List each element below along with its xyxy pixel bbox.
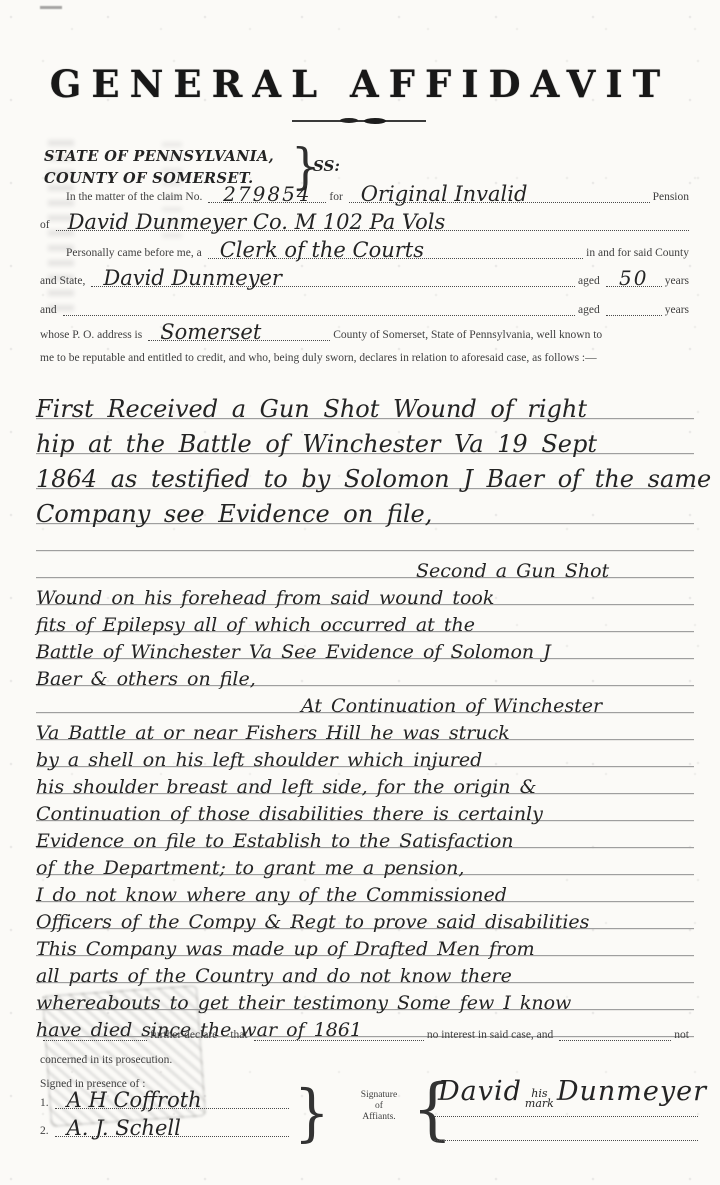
concerned-blank-field	[559, 1028, 671, 1041]
scanned-affidavit-page: GENERAL AFFIDAVIT STATE OF PENNSYLVANIA,…	[0, 0, 720, 1185]
personally-suffix-label: in and for said County	[586, 247, 692, 261]
affidavit-ruled-line: Wound on his forehead from said wound to…	[36, 578, 694, 605]
affiant2-row: and aged years	[40, 303, 692, 318]
affidavit-ruled-line: Evidence on file to Establish to the Sat…	[36, 821, 694, 848]
affidavit-ruled-line: At Continuation of Winchester	[36, 686, 694, 713]
signature-last-name: Dunmeyer	[557, 1076, 707, 1107]
affidavit-ruled-line: Battle of Winchester Va See Evidence of …	[36, 632, 694, 659]
personally-prefix-label: Personally came before me, a	[40, 247, 205, 261]
witness2-number: 2.	[40, 1125, 52, 1139]
affidavit-ruled-line: by a shell on his left shoulder which in…	[36, 740, 694, 767]
affiant1-name-value: David Dunmeyer	[103, 266, 282, 290]
affidavit-ruled-line: hip at the Battle of Winchester Va 19 Se…	[36, 419, 694, 454]
age-value: 50	[619, 266, 648, 290]
signature-line-1	[434, 1116, 698, 1117]
divider-ornament	[364, 118, 386, 124]
mark-label: mark	[525, 1099, 554, 1109]
divider-ornament	[340, 118, 358, 123]
claim-row: In the matter of the claim No. 279854 fo…	[40, 190, 692, 205]
declare-row: further declare that no interest in said…	[40, 1028, 692, 1043]
signature-label-line3: Affiants.	[352, 1112, 406, 1123]
po-suffix-label: County of Somerset, State of Pennsylvani…	[333, 329, 605, 343]
affidavit-ruled-line: whereabouts to get their testimony Some …	[36, 983, 694, 1010]
no-interest-label: no interest in said case, and	[427, 1029, 556, 1043]
and-state-label: and State,	[40, 275, 88, 289]
affidavit-ruled-line: Va Battle at or near Fishers Hill he was…	[36, 713, 694, 740]
witness1-number: 1.	[40, 1097, 52, 1111]
for-label: for	[329, 191, 345, 205]
signature-line-2	[434, 1140, 698, 1141]
witness1-row: 1. A H Coffroth	[40, 1096, 292, 1111]
claimant-row: of David Dunmeyer Co. M 102 Pa Vols	[40, 218, 692, 233]
signature-of-affiants-label: Signature of Affiants.	[352, 1090, 406, 1123]
affidavit-ruled-line: his shoulder breast and left side, for t…	[36, 767, 694, 794]
witness1-field: A H Coffroth	[55, 1096, 289, 1109]
divider-line	[292, 120, 426, 122]
further-declare-label: further declare	[150, 1029, 220, 1043]
declarant-blank-field	[43, 1028, 147, 1041]
pension-label: Pension	[653, 191, 692, 205]
claim-prefix-label: In the matter of the claim No.	[40, 191, 205, 205]
witness1-signature: A H Coffroth	[67, 1088, 202, 1112]
and-label: and	[40, 304, 60, 318]
affidavit-ruled-line: This Company was made up of Drafted Men …	[36, 929, 694, 956]
document-title: GENERAL AFFIDAVIT	[0, 62, 720, 106]
affidavit-ruled-line: I do not know where any of the Commissio…	[36, 875, 694, 902]
of-label: of	[40, 219, 53, 233]
ink-smudge	[40, 6, 62, 9]
affidavit-ruled-line: all parts of the Country and do not know…	[36, 956, 694, 983]
claim-type-value: Original Invalid	[361, 182, 528, 206]
affidavit-ruled-line: 1864 as testified to by Solomon J Baer o…	[36, 454, 694, 489]
witness2-row: 2. A. J. Schell	[40, 1124, 292, 1139]
po-prefix-label: whose P. O. address is	[40, 329, 145, 343]
po-address-value: Somerset	[160, 320, 261, 344]
affidavit-ruled-line: First Received a Gun Shot Wound of right	[36, 384, 694, 419]
years-label: years	[665, 275, 692, 289]
affiant1-row: and State, David Dunmeyer aged 50 years	[40, 274, 692, 289]
reputable-line: me to be reputable and entitled to credi…	[40, 352, 597, 364]
age2-field	[606, 303, 662, 316]
po-address-field: Somerset	[148, 328, 330, 341]
ss-label: SS:	[313, 157, 340, 175]
claimant-value: David Dunmeyer Co. M 102 Pa Vols	[68, 210, 446, 234]
signature-label-line2: of	[352, 1101, 406, 1112]
prosecution-line: concerned in its prosecution.	[40, 1054, 172, 1066]
signature-label-line1: Signature	[352, 1090, 406, 1101]
affidavit-ruled-line: of the Department; to grant me a pension…	[36, 848, 694, 875]
claimant-field: David Dunmeyer Co. M 102 Pa Vols	[56, 218, 689, 231]
affidavit-ruled-line: fits of Epilepsy all of which occurred a…	[36, 605, 694, 632]
officer-row: Personally came before me, a Clerk of th…	[40, 246, 692, 261]
affiant1-name-field: David Dunmeyer	[91, 274, 575, 287]
claim-number-field: 279854	[208, 190, 326, 203]
affidavit-ruled-line	[36, 524, 694, 551]
claim-number-value: 279854	[223, 182, 311, 206]
that-label: that	[230, 1029, 250, 1043]
claim-type-field: Original Invalid	[349, 190, 650, 203]
affiant-signature: David his mark Dunmeyer	[438, 1076, 707, 1107]
affidavit-ruled-line: Continuation of those disabilities there…	[36, 794, 694, 821]
his-mark-annotation: his mark	[525, 1089, 554, 1109]
signature-first-name: David	[438, 1076, 522, 1107]
not-label: not	[674, 1029, 692, 1043]
witness-brace: }	[294, 1083, 330, 1145]
title-divider	[292, 119, 426, 123]
signature-area: David his mark Dunmeyer	[434, 1076, 698, 1148]
interest-blank-field	[254, 1028, 424, 1041]
witness2-signature: A. J. Schell	[67, 1116, 181, 1140]
affidavit-body: First Received a Gun Shot Wound of right…	[36, 384, 694, 1037]
witness2-field: A. J. Schell	[55, 1124, 289, 1137]
officer-value: Clerk of the Courts	[220, 238, 424, 262]
years2-label: years	[665, 304, 692, 318]
affidavit-ruled-line: Baer & others on file,	[36, 659, 694, 686]
officer-field: Clerk of the Courts	[208, 246, 583, 259]
affidavit-ruled-line: Officers of the Compy & Regt to prove sa…	[36, 902, 694, 929]
state-line: STATE OF PENNSYLVANIA,	[44, 146, 274, 168]
aged2-label: aged	[578, 304, 603, 318]
age-field: 50	[606, 274, 662, 287]
affidavit-ruled-line: Company see Evidence on file,	[36, 489, 694, 524]
address-row: whose P. O. address is Somerset County o…	[40, 328, 692, 343]
aged-label: aged	[578, 275, 603, 289]
affidavit-ruled-line: Second a Gun Shot	[36, 551, 694, 578]
affiant2-name-field	[63, 303, 575, 316]
